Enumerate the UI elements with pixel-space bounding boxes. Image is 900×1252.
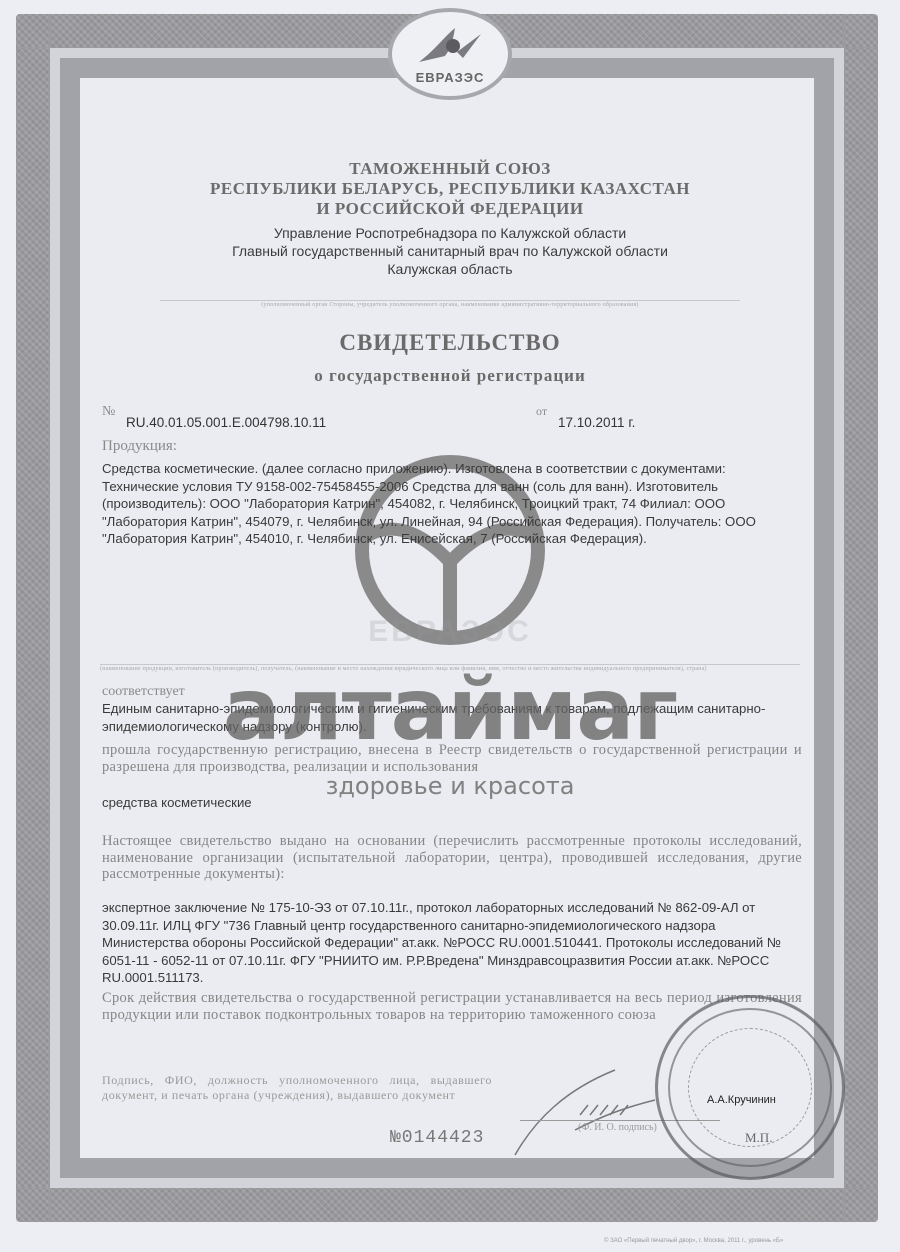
registration-date: 17.10.2011 г. [558, 415, 635, 430]
header-line-1: ТАМОЖЕННЫЙ СОЮЗ [90, 158, 810, 179]
serial-number: №0144423 [390, 1128, 484, 1148]
authority-line-3: Калужская область [90, 260, 810, 278]
header-line-2: РЕСПУБЛИКИ БЕЛАРУСЬ, РЕСПУБЛИКИ КАЗАХСТА… [90, 178, 810, 199]
product-description: Средства косметические. (далее согласно … [102, 460, 802, 548]
altaimag-tagline: здоровье и красота [250, 772, 650, 800]
date-label: от [536, 404, 547, 419]
signer-name: А.А.Кручинин [707, 1094, 776, 1106]
authority-caption: (уполномоченный орган Стороны, учредител… [160, 300, 740, 308]
compliance-label: соответствует [102, 684, 185, 700]
header-line-3: И РОССИЙСКОЙ ФЕДЕРАЦИИ [90, 198, 810, 219]
usage-field: средства косметические [102, 794, 252, 812]
eurasec-emblem: ЕВРАЗЭС [388, 8, 512, 100]
number-label: № [102, 404, 115, 420]
stamp-mark: М.П. [745, 1130, 772, 1146]
basis-label: Настоящее свидетельство выдано на основа… [102, 833, 802, 883]
printer-line: © ЗАО «Первый печатный двор», г. Москва,… [604, 1238, 783, 1244]
eurasec-background-label: ЕВРАЗЭС [330, 615, 570, 649]
authority-line-1: Управление Роспотребнадзора по Калужской… [90, 224, 810, 242]
fio-caption: (Ф. И. О. подпись) [578, 1122, 657, 1133]
authority-line-2: Главный государственный санитарный врач … [90, 242, 810, 260]
official-stamp [655, 995, 845, 1180]
altaimag-watermark: алтаймаг [215, 667, 685, 753]
basis-documents: экспертное заключение № 175-10-ЭЗ от 07.… [102, 899, 802, 987]
document-subtitle: о государственной регистрации [90, 366, 810, 386]
document-title: СВИДЕТЕЛЬСТВО [90, 330, 810, 356]
eurasec-label: ЕВРАЗЭС [392, 70, 508, 85]
signature-caption: Подпись, ФИО, должность уполномоченного … [102, 1073, 492, 1103]
product-label: Продукция: [102, 438, 177, 455]
eurasec-logo-icon [415, 22, 485, 68]
registration-number: RU.40.01.05.001.E.004798.10.11 [126, 415, 326, 430]
